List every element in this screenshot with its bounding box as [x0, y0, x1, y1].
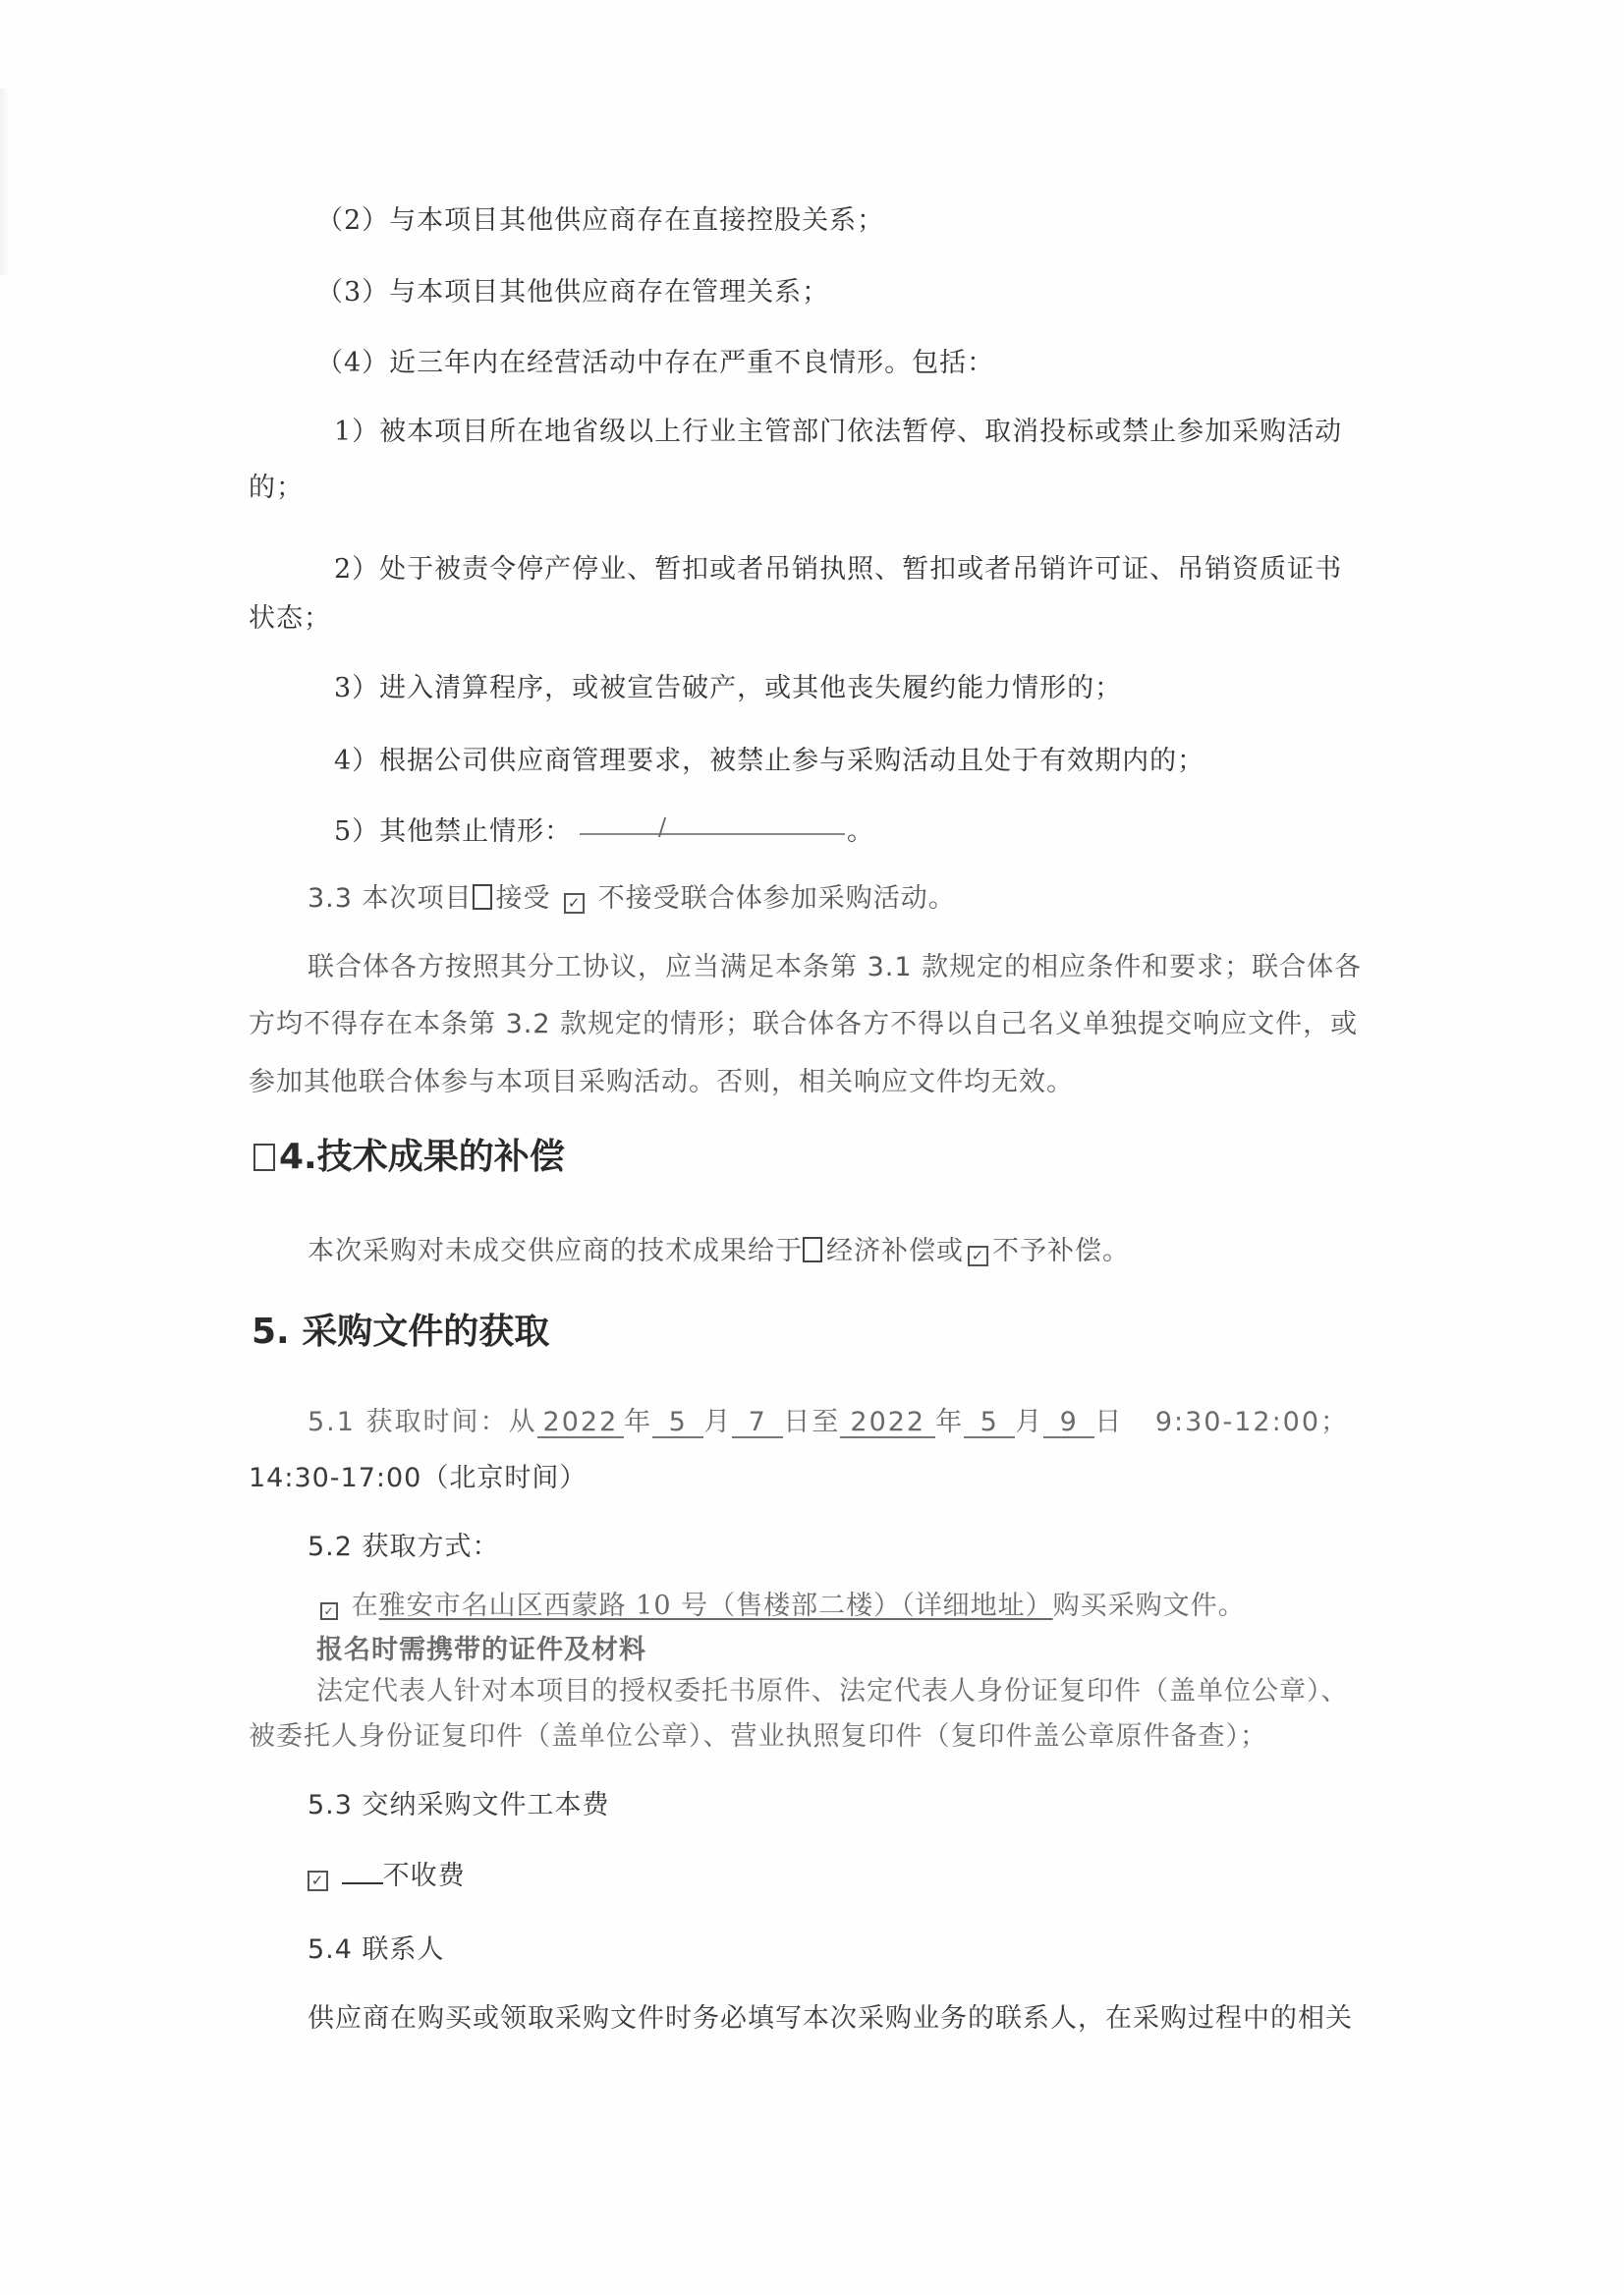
compensation-prefix: 本次采购对未成交供应商的技术成果给于 [308, 1236, 803, 1266]
purchase-address: 雅安市名山区西蒙路 10 号（售楼部二楼）（详细地址） [379, 1591, 1053, 1621]
date-to: 日至 [783, 1407, 840, 1437]
year-unit: 年 [624, 1407, 652, 1437]
materials-title: 报名时需携带的证件及材料 [316, 1634, 646, 1667]
fee-label: 5.3 交纳采购文件工本费 [308, 1789, 610, 1822]
reject-checkbox[interactable]: ✓ [564, 893, 585, 914]
bad-condition-5: 5）其他禁止情形： [334, 815, 572, 849]
no-compensation-label: 不予补偿。 [992, 1236, 1130, 1266]
scan-edge-shadow [0, 88, 10, 275]
acquisition-time-label: 5.1 获取时间：从 [308, 1407, 537, 1437]
acquisition-method-option: ✓ 在雅安市名山区西蒙路 10 号（售楼部二楼）（详细地址）购买采购文件。 [316, 1590, 1246, 1623]
bad-condition-1-cont: 的； [249, 472, 304, 505]
no-fee-checkbox[interactable]: ✓ [308, 1871, 328, 1891]
reject-label: 不接受联合体参加采购活动。 [598, 883, 956, 914]
economic-compensation-checkbox[interactable] [803, 1237, 822, 1262]
morning-hours: 9:30-12:00； [1155, 1407, 1349, 1437]
bad-condition-5-end: 。 [847, 815, 874, 849]
month-unit: 月 [703, 1407, 732, 1437]
section-4-title: 4.技术成果的补偿 [279, 1137, 565, 1177]
start-year: 2022 [537, 1409, 625, 1438]
disqualification-item-2: （2）与本项目其他供应商存在直接控股关系； [316, 204, 884, 238]
afternoon-hours: 14:30-17:00（北京时间） [249, 1462, 587, 1495]
bad-condition-4: 4）根据公司供应商管理要求，被禁止参与采购活动且处于有效期内的； [334, 745, 1204, 778]
fee-option: ✓ 不收费 [308, 1860, 466, 1893]
end-day: 9 [1043, 1409, 1094, 1438]
accept-label: 接受 [496, 883, 551, 914]
end-month: 5 [964, 1409, 1015, 1438]
economic-compensation-label: 经济补偿或 [826, 1236, 964, 1266]
acquisition-method-label: 5.2 获取方式： [308, 1531, 500, 1564]
purchase-onsite-checkbox[interactable]: ✓ [320, 1602, 338, 1620]
disqualification-item-3: （3）与本项目其他供应商存在管理关系； [316, 276, 829, 309]
fee-blank [342, 1882, 383, 1884]
materials-line-2: 被委托人身份证复印件（盖单位公章）、营业执照复印件（复印件盖公章原件备查）； [249, 1720, 1267, 1754]
bad-condition-5-label: 5）其他禁止情形： [334, 816, 572, 847]
end-year: 2022 [840, 1409, 935, 1438]
consortium-para-line-1: 联合体各方按照其分工协议，应当满足本条第 3.1 款规定的相应条件和要求；联合体… [308, 951, 1362, 984]
contact-text: 供应商在购买或领取采购文件时务必填写本次采购业务的联系人，在采购过程中的相关 [308, 2002, 1353, 2036]
consortium-clause: 3.3 本次项目接受 ✓ 不接受联合体参加采购活动。 [308, 882, 956, 916]
month-unit-2: 月 [1015, 1407, 1043, 1437]
bad-condition-3: 3）进入清算程序，或被宣告破产，或其他丧失履约能力情形的； [334, 672, 1122, 705]
other-conditions-blank [580, 833, 845, 835]
acquisition-time: 5.1 获取时间：从2022年5月7日至2022年5月9日 9:30-12:00… [308, 1406, 1349, 1439]
materials-line-1: 法定代表人针对本项目的授权委托书原件、法定代表人身份证复印件（盖单位公章）、 [316, 1675, 1349, 1708]
section-4-checkbox[interactable] [253, 1144, 275, 1171]
bad-condition-2-cont: 状态； [249, 602, 331, 636]
accept-checkbox[interactable] [473, 884, 492, 910]
consortium-prefix: 3.3 本次项目 [308, 883, 473, 914]
section-4-heading: 4.技术成果的补偿 [253, 1136, 565, 1179]
option-prefix: 在 [352, 1591, 379, 1621]
consortium-para-line-2: 方均不得存在本条第 3.2 款规定的情形；联合体各方不得以自己名义单独提交响应文… [249, 1008, 1358, 1041]
start-day: 7 [732, 1409, 783, 1438]
section-5-heading: 5. 采购文件的获取 [252, 1311, 549, 1354]
option-suffix: 购买采购文件。 [1053, 1591, 1246, 1621]
disqualification-item-4: （4）近三年内在经营活动中存在严重不良情形。包括： [316, 347, 994, 380]
year-unit-2: 年 [935, 1407, 964, 1437]
contact-label: 5.4 联系人 [308, 1933, 445, 1967]
day-unit: 日 [1094, 1407, 1123, 1437]
bad-condition-1: 1）被本项目所在地省级以上行业主管部门依法暂停、取消投标或禁止参加采购活动 [334, 416, 1342, 449]
no-fee-label: 不收费 [383, 1861, 466, 1891]
other-conditions-value: / [658, 813, 666, 841]
section-4-text: 本次采购对未成交供应商的技术成果给于经济补偿或✓不予补偿。 [308, 1235, 1130, 1268]
no-compensation-checkbox[interactable]: ✓ [968, 1246, 988, 1266]
consortium-para-line-3: 参加其他联合体参与本项目采购活动。否则，相关响应文件均无效。 [249, 1066, 1074, 1099]
bad-condition-2: 2）处于被责令停产停业、暂扣或者吊销执照、暂扣或者吊销许可证、吊销资质证书 [334, 553, 1342, 587]
document-page: （2）与本项目其他供应商存在直接控股关系； （3）与本项目其他供应商存在管理关系… [0, 0, 1624, 2295]
start-month: 5 [652, 1409, 703, 1438]
